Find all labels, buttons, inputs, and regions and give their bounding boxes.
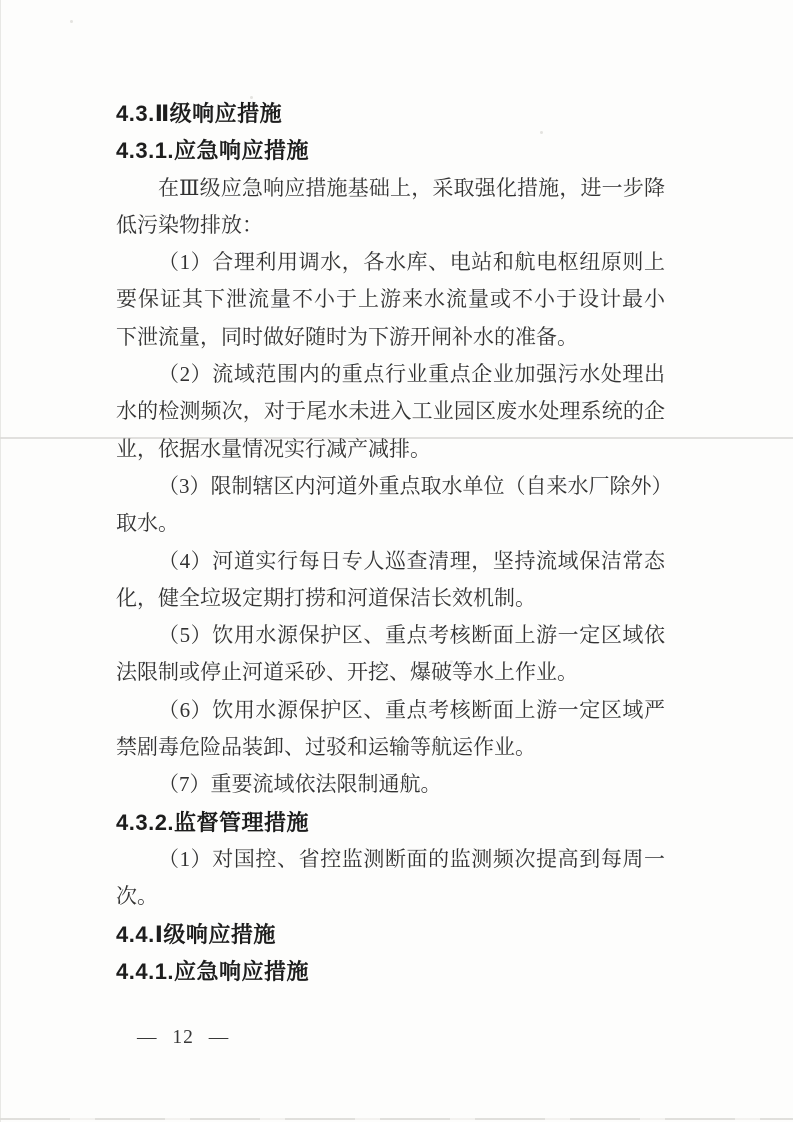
text-line: （6）饮用水源保护区、重点考核断面上游一定区域严 (116, 692, 665, 729)
section-heading: 4.3.Ⅱ级响应措施 (116, 95, 665, 132)
text-line: 低污染物排放： (116, 207, 665, 244)
text-line: （5）饮用水源保护区、重点考核断面上游一定区域依 (116, 617, 665, 654)
scan-bottom-edge-line (0, 1118, 793, 1120)
page-number: — 12 — (137, 1027, 229, 1049)
section-heading: 4.4.1.应急响应措施 (116, 953, 665, 990)
text-line: 化，健全垃圾定期打捞和河道保洁长效机制。 (116, 580, 665, 617)
text-line: 取水。 (116, 505, 665, 542)
text-line: 业，依据水量情况实行减产减排。 (116, 431, 665, 468)
text-line: （2）流域范围内的重点行业重点企业加强污水处理出 (116, 356, 665, 393)
document-body: 4.3.Ⅱ级响应措施4.3.1.应急响应措施在Ⅲ级应急响应措施基础上，采取强化措… (116, 95, 665, 990)
text-line: （7）重要流域依法限制通航。 (116, 766, 665, 803)
scan-speck (70, 20, 73, 23)
scanned-document-page: 4.3.Ⅱ级响应措施4.3.1.应急响应措施在Ⅲ级应急响应措施基础上，采取强化措… (0, 0, 793, 1122)
text-line: 要保证其下泄流量不小于上游来水流量或不小于设计最小 (116, 281, 665, 318)
text-line: 水的检测频次，对于尾水未进入工业园区废水处理系统的企 (116, 393, 665, 430)
text-line: 次。 (116, 878, 665, 915)
scan-edge-line (0, 0, 1, 1122)
text-line: 法限制或停止河道采砂、开挖、爆破等水上作业。 (116, 654, 665, 691)
text-line: 在Ⅲ级应急响应措施基础上，采取强化措施，进一步降 (116, 170, 665, 207)
section-heading: 4.4.Ⅰ级响应措施 (116, 916, 665, 953)
text-line: 下泄流量，同时做好随时为下游开闸补水的准备。 (116, 319, 665, 356)
section-heading: 4.3.2.监督管理措施 (116, 804, 665, 841)
text-line: 禁剧毒危险品装卸、过驳和运输等航运作业。 (116, 729, 665, 766)
text-line: （3）限制辖区内河道外重点取水单位（自来水厂除外） (116, 468, 665, 505)
text-line: （1）合理利用调水，各水库、电站和航电枢纽原则上 (116, 244, 665, 281)
section-heading: 4.3.1.应急响应措施 (116, 132, 665, 169)
text-line: （4）河道实行每日专人巡查清理，坚持流域保洁常态 (116, 543, 665, 580)
text-line: （1）对国控、省控监测断面的监测频次提高到每周一 (116, 841, 665, 878)
